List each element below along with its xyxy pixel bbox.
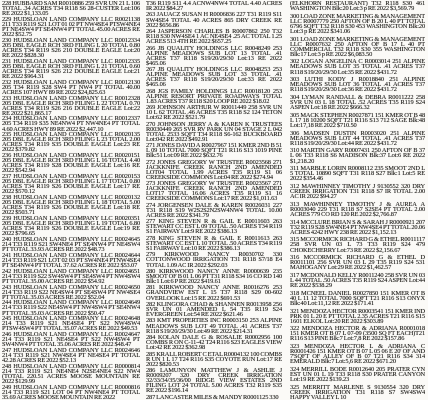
tax-entry: 264 JASPERSON CHARLES B R0007862 250 T32…	[146, 29, 282, 44]
tax-entry: 237 HUDSLOAN LAND COMPANY LLC R0020153 2…	[2, 174, 140, 194]
tax-entry: 273 JONES GREGORY W TRUSTEE R0023567 271…	[146, 181, 282, 201]
tax-entry: 228 HUBBARD SAM R0010886 259 SVR UN 21 L…	[2, 1, 140, 16]
tax-entry: 306 MADSEN DUSTIN R0003020 251 ALPINE ME…	[290, 131, 425, 146]
tax-entry: 242 HUDSLOAN LAND COMPANY LLC R0024651 2…	[2, 269, 140, 284]
tax-entry: 271 JONES DAVID A R0027967 151 KMER 2ND …	[146, 143, 282, 158]
tax-entry: 310 MARTIN GARY R0007431 250 AFTON OF B …	[290, 148, 425, 163]
tax-entry: 318 MCNEEL DANIEL R0027850 151 KMER OT B…	[290, 291, 425, 306]
tax-entry: 285 KRALL ROBERT C ETAL R0004132 100 COM…	[146, 352, 282, 367]
tax-entry: 278 KING STEVEN R & GAIL E R0011613 263 …	[146, 236, 282, 251]
tax-entry: 325 MERRITT MARLENE S 9130554 320 DRY CR…	[290, 385, 425, 400]
tax-entry: 235 HUDSLOAN LAND COMPANY LLC R0020135 2…	[2, 132, 140, 152]
tax-entry: 315 MCCORMICK RICHARD G & ETHEL R0011117…	[290, 237, 425, 252]
tax-entry: 230 HUDSLOAN LAND COMPANY LLC R0012334 2…	[2, 38, 140, 58]
scanned-legal-notice-page: 228 HUBBARD SAM R0010886 259 SVR UN 21 L…	[0, 0, 428, 400]
tax-entry: 272 JONES GREGORY W TRUSTEE R0023568 271…	[146, 160, 282, 180]
tax-entry: 243 HUDSLOAN LAND COMPANY LLC R0024650 2…	[2, 285, 140, 300]
tax-entry: 239 HUDSLOAN LAND COMPANY LLC R0020351 2…	[2, 216, 140, 236]
tax-entry: 282 KLINGORA CHAD & SHANNEN R0013958 256…	[146, 302, 282, 317]
tax-entry: 284 KOLAN DALE G & ROSALIE R0002956 100 …	[146, 335, 282, 350]
tax-entry: 234 HUDSLOAN LAND COMPANY LLC R0012337 2…	[2, 116, 140, 131]
tax-entry: 313 MAWHINNEY TIMOTHY J & AUREA A R00030…	[290, 202, 425, 217]
tax-entry: 233 HUDSLOAN LAND COMPANY LLC R0012328 2…	[2, 96, 140, 116]
tax-entry: 311 MARBLE LORIN R0008112 235 SMOOT 2ND …	[290, 166, 425, 181]
tax-entry: 302 LOGAN ANGELINA C R0003014 251 ALPINE…	[290, 59, 425, 74]
tax-entry: 317 MCDONALD KELLY R0011240 258 SVR UN 0…	[290, 273, 425, 288]
tax-entry: 238 HUDSLOAN LAND COMPANY LLC R0020132 2…	[2, 195, 140, 215]
tax-entry: 324 MERRILL BODE R0012640 205 PRATER CYN…	[290, 367, 425, 382]
tax-entry: 280 KIRKWOOD NANCY ANNE R0000639 235 SMO…	[146, 269, 282, 284]
tax-entry: 263 JAUACZ SUSAN H R0006836 227 T31 R119…	[146, 12, 282, 27]
tax-entry: 305 MACK STEPHEN R0027871 151 KMER OT B …	[290, 113, 425, 128]
tax-entry: (ELKHORN RESTAURANT) T32 R118 S30 461 WA…	[290, 1, 425, 11]
tax-entry: 303 LUTHI KODY J R0018840 251 ALPINE MEA…	[290, 77, 425, 92]
tax-entry: 249 HUDSLOAN LAND COMPANY LLC R0000816 2…	[2, 385, 140, 400]
notice-column-2: T36 R119 S11 4.4 ACNW4NW4 TOTAL 4.40 ACR…	[146, 1, 282, 400]
tax-entry: 300 LOAD ZONE MARKETING & MANAGEMENT LLC…	[290, 14, 425, 34]
tax-entry: 322 MENDOZA HECTOR & ADRIANA R0001018 15…	[290, 326, 425, 341]
tax-entry: 323 MENDOZA HECTOR L & ADRIANA C R000142…	[290, 344, 425, 364]
notice-columns: 228 HUBBARD SAM R0010886 259 SVR UN 21 L…	[2, 1, 428, 400]
tax-entry: 314 MCCLURE BRIAN S & SARAH J R0000921 2…	[290, 220, 425, 235]
tax-entry: 241 HUDSLOAN LAND COMPANY LLC R0024644 2…	[2, 253, 140, 268]
notice-column-3: (ELKHORN RESTAURANT) T32 R118 S30 461 WA…	[290, 1, 425, 400]
tax-entry: 246 HUDSLOAN LAND COMPANY LLC R0024647 2…	[2, 332, 140, 347]
tax-entry: 244 HUDSLOAN LAND COMPANY LLC R0024649 2…	[2, 300, 140, 315]
tax-entry: 236 HUDSLOAN LAND COMPANY LLC R0020151 2…	[2, 153, 140, 173]
tax-entry: 274 JORGENSEN DALE & KAREN R0026031 227 …	[146, 203, 282, 218]
tax-entry: 321 MENDOZA HECTOR R0003541 151 KMER IND…	[290, 309, 425, 324]
tax-entry: T36 R119 S11 4.4 ACNW4NW4 TOTAL 4.40 ACR…	[146, 1, 282, 11]
tax-entry: 316 MCCORMICK RICHARD G & ETHEL D R00111…	[290, 255, 425, 270]
tax-entry: 281 KIRKWOOD NANCY ANNE R0016276 253 GRA…	[146, 285, 282, 300]
tax-entry: 301 LOAD ZONE MARKETING & MANAGEMENT LLC…	[290, 37, 425, 57]
tax-entry: 266 JB QUALITY HOLDINGS LLC R0048249 253…	[146, 46, 282, 66]
tax-entry: 245 HUDSLOAN LAND COMPANY LLC R0024648 2…	[2, 316, 140, 331]
tax-entry: 267 JB QUALITY HOLDINGS LLC R0048253 253…	[146, 67, 282, 87]
tax-entry: 240 HUDSLOAN LAND COMPANY LLC R0024645 2…	[2, 237, 140, 252]
notice-column-1: 228 HUBBARD SAM R0010886 259 SVR UN 21 L…	[2, 1, 140, 400]
tax-entry: 283 KMT PROPERTIES INC R0003150 253 ALPI…	[146, 318, 282, 333]
tax-entry: 277 KING STEVEN R & GAIL E R0011603 263 …	[146, 219, 282, 234]
tax-entry: 286 LAMUNYON MATTHEW J & ASHLIE J R00092…	[146, 368, 282, 393]
tax-entry: 304 LYMAN RANDALL & DEBRA R0011222 258 S…	[290, 95, 425, 110]
tax-entry: 269 JOHNSON ARTHUR W R0011449 258 SVR UN…	[146, 105, 282, 120]
tax-entry: 287 LANCASTER MILES & MANDY R0001125 330	[146, 395, 282, 400]
tax-entry: 229 HUDSLOAN LAND COMPANY LLC R0021138 2…	[2, 17, 140, 37]
tax-entry: 312 MAWHINNEY TIMOTHY J 9130552 320 DRY …	[290, 184, 425, 199]
tax-entry: 270 JOHNSON JERRY A & KAREN K TRUSTEES R…	[146, 122, 282, 142]
tax-entry: 279 KIRKWOOD NANCY R0030702 330 COTTONWO…	[146, 252, 282, 267]
tax-entry: 268 JGS FAMILY HOLDINGS LLC R0018120 253…	[146, 89, 282, 104]
tax-entry: 247 HUDSLOAN LAND COMPANY LLC R0024646 2…	[2, 348, 140, 363]
tax-entry: 231 HUDSLOAN LAND COMPANY LLC R0012335 2…	[2, 59, 140, 79]
tax-entry: 232 HUDSLOAN LAND COMPANY LLC R0012130 2…	[2, 80, 140, 95]
tax-entry: 248 HUDSLOAN LAND COMPANY LLC R0000814 2…	[2, 364, 140, 384]
